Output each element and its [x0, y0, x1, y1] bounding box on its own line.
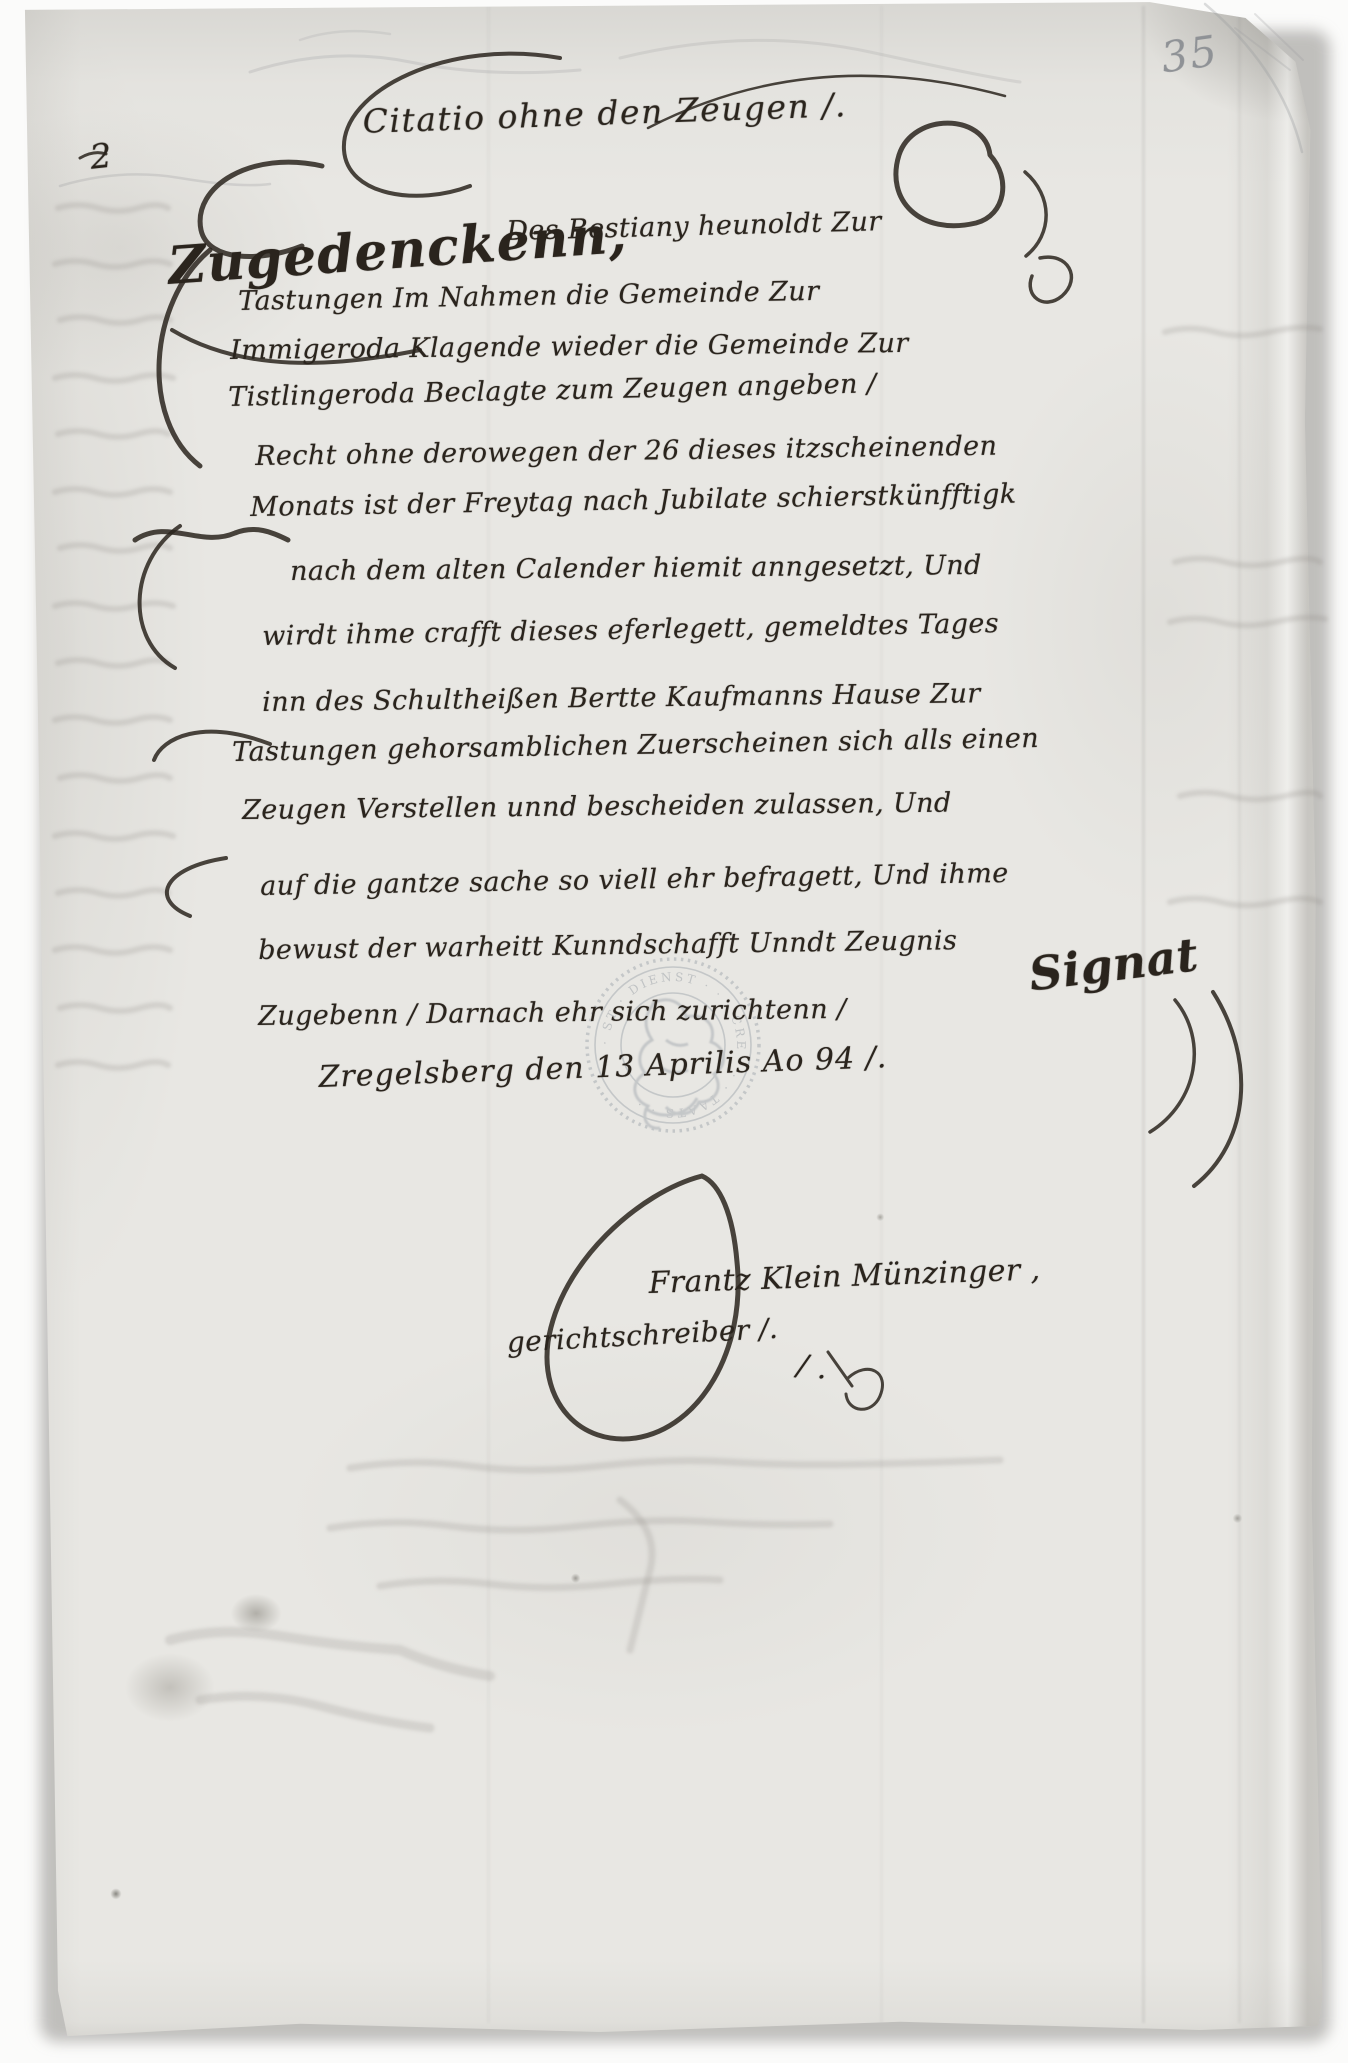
paper-fold-line	[880, 6, 883, 2023]
corner-mark: 2	[88, 136, 114, 178]
manuscript-page	[0, 0, 1348, 2063]
paper-fold-line	[1142, 6, 1145, 2023]
manuscript-line: nach dem alten Calender hiemit anngesetz…	[290, 550, 982, 587]
signature-paraph: / .	[795, 1348, 830, 1387]
folio-number: 35	[1158, 26, 1222, 83]
document-scan: · ST · DIENST · · · CRE · · · TAATS · · …	[0, 0, 1348, 2063]
paper-fold-line	[1238, 6, 1241, 2023]
